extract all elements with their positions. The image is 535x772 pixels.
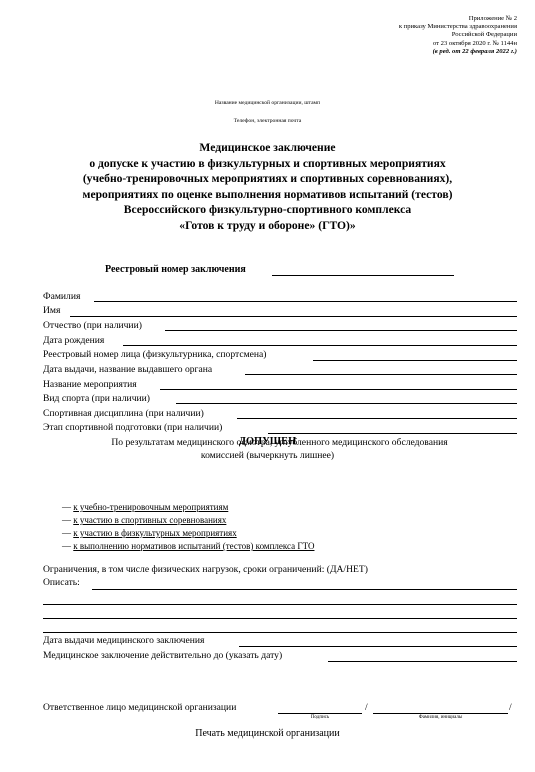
field-label-sport: Вид спорта (при наличии) <box>43 393 150 404</box>
birth-date-field[interactable] <box>123 345 517 346</box>
field-label-discipline: Спортивная дисциплина (при наличии) <box>43 408 204 419</box>
discipline-field[interactable] <box>237 418 517 419</box>
name-field[interactable] <box>70 316 517 317</box>
title-line: о допуске к участию в физкультурных и сп… <box>0 156 535 172</box>
field-label-patronymic: Отчество (при наличии) <box>43 320 142 331</box>
field-label-issue-info: Дата выдачи, название выдавшего органа <box>43 364 212 375</box>
document-title: Медицинское заключение о допуске к участ… <box>0 140 535 234</box>
issue-info-field[interactable] <box>245 374 517 375</box>
training-stage-field[interactable] <box>268 433 517 434</box>
appendix-edition: (в ред. от 22 февраля 2022 г.) <box>399 48 517 56</box>
title-line: «Готов к труду и обороне» (ГТО)» <box>0 218 535 234</box>
restrictions-description-field[interactable] <box>92 589 517 590</box>
title-line: Всероссийского физкультурно-спортивного … <box>0 202 535 218</box>
admission-option-text[interactable]: к учебно-тренировочным мероприятиям <box>73 502 228 512</box>
patronymic-field[interactable] <box>165 330 517 331</box>
admitted-heading: ДОПУЩЕН <box>0 436 535 447</box>
slash: / <box>365 702 368 713</box>
valid-until-field[interactable] <box>328 661 517 662</box>
dash: — <box>62 528 71 538</box>
sport-field[interactable] <box>176 403 517 404</box>
field-label-name: Имя <box>43 305 60 316</box>
org-name-caption: Название медицинской организации, штамп <box>0 100 535 106</box>
slash: / <box>509 702 512 713</box>
responsible-person-label: Ответственное лицо медицинской организац… <box>43 702 236 713</box>
contacts-caption: Телефон, электронная почта <box>0 118 535 124</box>
full-name-field[interactable] <box>373 713 508 714</box>
admission-option[interactable]: — к учебно-тренировочным мероприятиям <box>62 502 228 512</box>
describe-label: Описать: <box>43 577 80 588</box>
issue-date-label: Дата выдачи медицинского заключения <box>43 635 204 646</box>
signature-field[interactable] <box>278 713 362 714</box>
title-line: Медицинское заключение <box>0 140 535 156</box>
appendix-reference: Приложение № 2 к приказу Министерства зд… <box>399 15 517 56</box>
restrictions-label: Ограничения, в том числе физических нагр… <box>43 564 368 575</box>
surname-field[interactable] <box>94 301 517 302</box>
title-line: мероприятиях по оценке выполнения нормат… <box>0 187 535 203</box>
restrictions-description-line[interactable] <box>43 632 517 633</box>
event-name-field[interactable] <box>160 389 517 390</box>
admission-option-text[interactable]: к участию в физкультурных мероприятиях <box>73 528 236 538</box>
registry-number-label: Реестровый номер заключения <box>105 264 246 275</box>
dash: — <box>62 541 71 551</box>
issue-date-field[interactable] <box>239 646 517 647</box>
valid-until-label: Медицинское заключение действительно до … <box>43 650 282 661</box>
restrictions-description-line[interactable] <box>43 618 517 619</box>
dash: — <box>62 515 71 525</box>
registry-number-field[interactable] <box>272 275 454 276</box>
title-line: (учебно-тренировочных мероприятиях и спо… <box>0 171 535 187</box>
appendix-line: Приложение № 2 <box>399 15 517 23</box>
full-name-caption: Фамилия, инициалы <box>373 715 508 720</box>
signature-caption: Подпись <box>278 715 362 720</box>
admission-option-text[interactable]: к выполнению нормативов испытаний (тесто… <box>73 541 314 551</box>
field-label-surname: Фамилия <box>43 291 80 302</box>
admission-option[interactable]: — к участию в спортивных соревнованиях <box>62 515 226 525</box>
appendix-line: Российской Федерации <box>399 31 517 39</box>
stamp-label: Печать медицинской организации <box>0 728 535 739</box>
admitted-subtitle: комиссией (вычеркнуть лишнее) <box>0 450 535 461</box>
person-registry-number-field[interactable] <box>313 360 517 361</box>
field-label-training-stage: Этап спортивной подготовки (при наличии) <box>43 422 222 433</box>
admission-option-text[interactable]: к участию в спортивных соревнованиях <box>73 515 226 525</box>
admission-option[interactable]: — к выполнению нормативов испытаний (тес… <box>62 541 314 551</box>
dash: — <box>62 502 71 512</box>
appendix-line: от 23 октября 2020 г. № 1144н <box>399 40 517 48</box>
field-label-event-name: Название мероприятия <box>43 379 137 390</box>
restrictions-description-line[interactable] <box>43 604 517 605</box>
admission-option[interactable]: — к участию в физкультурных мероприятиях <box>62 528 237 538</box>
appendix-line: к приказу Министерства здравоохранения <box>399 23 517 31</box>
field-label-birth-date: Дата рождения <box>43 335 104 346</box>
field-label-person-registry-number: Реестровый номер лица (физкультурника, с… <box>43 349 267 360</box>
